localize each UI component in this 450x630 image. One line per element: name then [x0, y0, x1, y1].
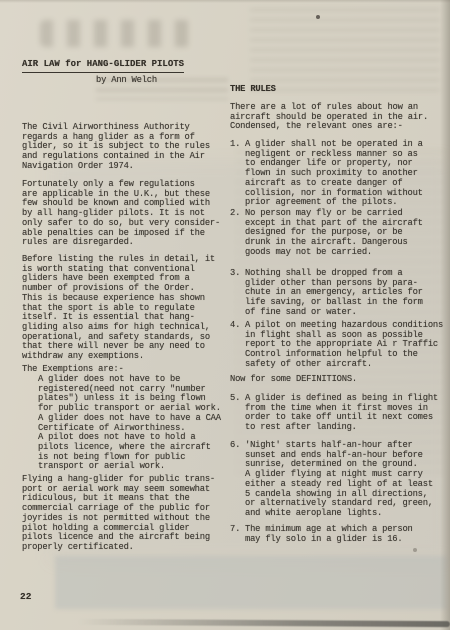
rule-1-number: 1. [230, 140, 245, 208]
paragraph-regulations: Fortunately only a few regulations are a… [22, 180, 220, 248]
rule-7-number: 7. [230, 525, 245, 544]
paper-speck-right [413, 548, 417, 552]
rule-2-number: 2. [230, 209, 245, 258]
rule-2-text: No person may fly or be carried except i… [245, 209, 423, 258]
rule-5: 5. A glider is defined as being in fligh… [230, 394, 438, 433]
rule-6-text: 'Night' starts half-an-hour after sunset… [245, 441, 433, 519]
byline: by Ann Welch [96, 76, 157, 86]
scanned-document-page: AIR LAW for HANG-GLIDER PILOTS by Ann We… [0, 0, 450, 630]
page-number: 22 [20, 592, 31, 602]
article-title-wrap: AIR LAW for HANG-GLIDER PILOTS [22, 53, 184, 73]
scan-edge-top [0, 0, 450, 3]
rule-4: 4. A pilot on meeting hazardous conditio… [230, 321, 443, 370]
rule-4-text: A pilot on meeting hazardous conditions … [245, 321, 443, 370]
scan-gray-block-bottom [55, 556, 447, 609]
rule-2: 2. No person may fly or be carried excep… [230, 209, 423, 258]
rule-6-number: 6. [230, 441, 245, 519]
scan-shadow-bottom [78, 619, 450, 627]
rule-3: 3. Nothing shall be dropped from a glide… [230, 269, 423, 318]
paragraph-authority: The Civil Airworthiness Authority regard… [22, 123, 210, 172]
rule-7-text: The minimum age at which a person may fl… [245, 525, 413, 544]
definitions-note: Now for some DEFINITIONS. [230, 375, 357, 385]
rules-intro: There are a lot of rules about how an ai… [230, 103, 428, 132]
rule-3-number: 3. [230, 269, 245, 318]
exemptions-body: A glider does not have to be registered(… [38, 375, 221, 472]
rule-1: 1. A glider shall not be operated in a n… [230, 140, 423, 208]
paragraph-flying: Flying a hang-glider for public trans- p… [22, 475, 215, 553]
article-title: AIR LAW for HANG-GLIDER PILOTS [22, 60, 184, 73]
paragraph-before-listing: Before listing the rules in detail, it i… [22, 255, 215, 362]
rule-1-text: A glider shall not be operated in a negl… [245, 140, 423, 208]
scan-edge-right [440, 0, 450, 630]
rule-7: 7. The minimum age at which a person may… [230, 525, 413, 544]
paper-speck-top [316, 15, 320, 19]
rule-4-number: 4. [230, 321, 245, 370]
rule-3-text: Nothing shall be dropped from a glider o… [245, 269, 423, 318]
rule-5-text: A glider is defined as being in flight f… [245, 394, 438, 433]
rule-6: 6. 'Night' starts half-an-hour after sun… [230, 441, 433, 519]
rule-5-number: 5. [230, 394, 245, 433]
rules-heading: THE RULES [230, 85, 276, 95]
bleedthrough-smudge-top [40, 20, 190, 47]
bleedthrough-top-right [250, 8, 440, 92]
